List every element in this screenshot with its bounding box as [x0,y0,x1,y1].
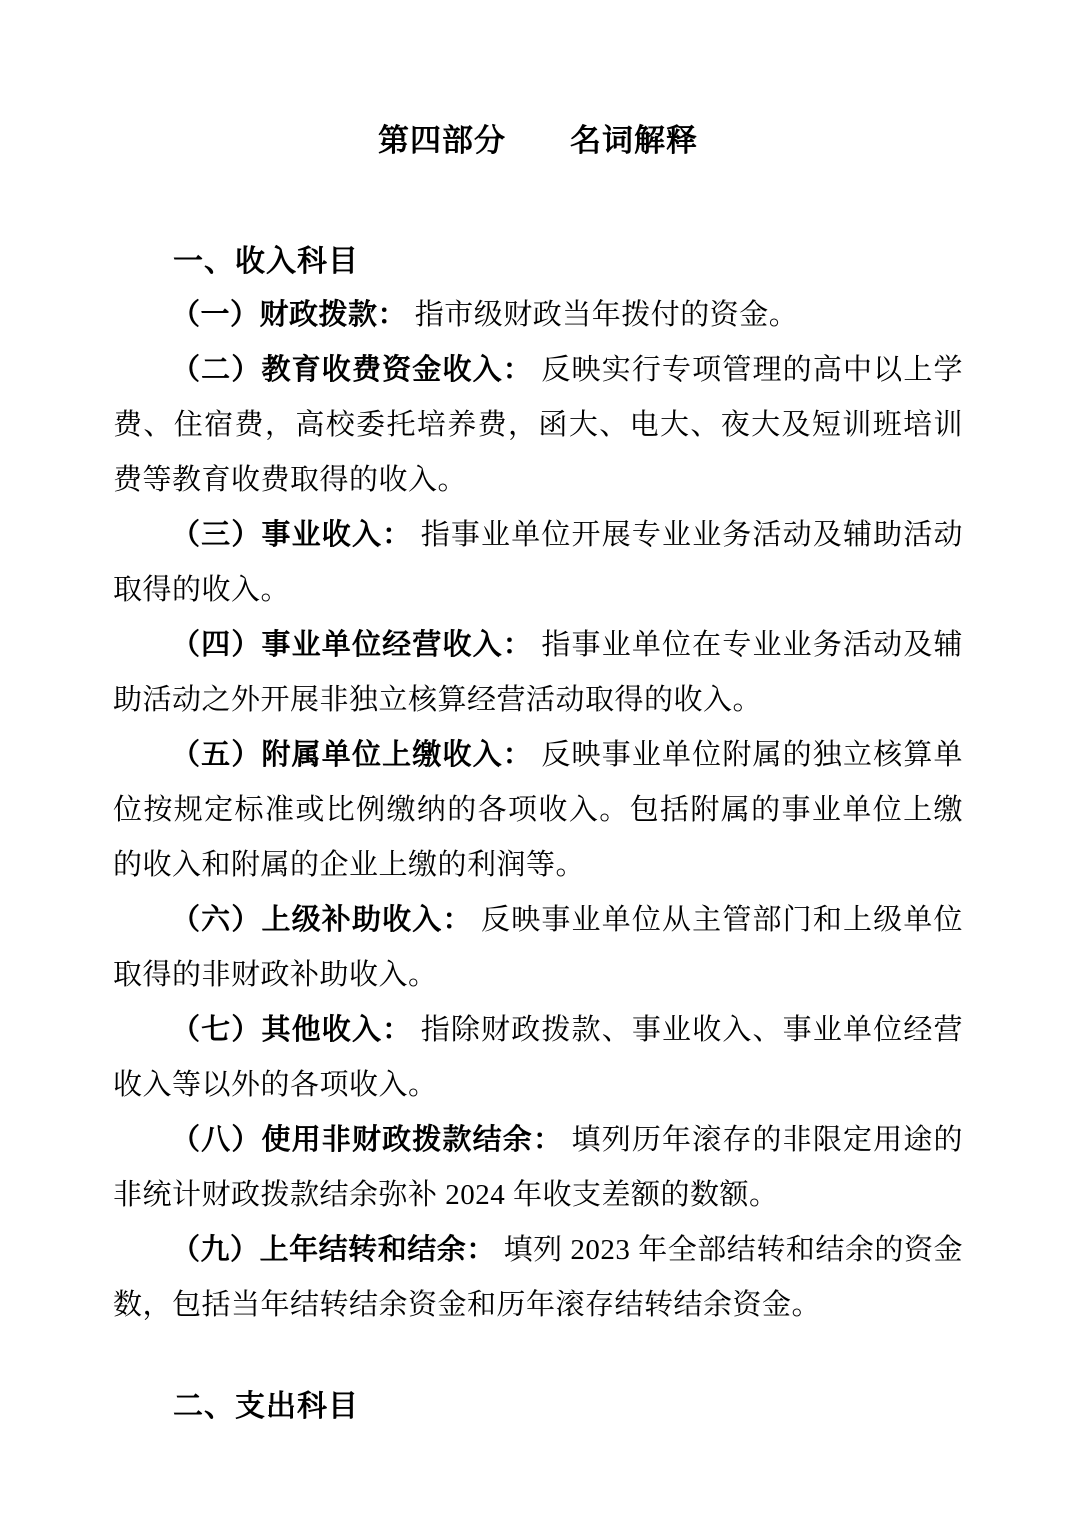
term-item-operating-income: （四）事业单位经营收入：指事业单位在专业业务活动及辅助活动之外开展非独立核算经营… [113,618,963,728]
term-label: （八）使用非财政拨款结余： [171,1124,572,1156]
term-label: （二）教育收费资金收入： [171,354,541,386]
term-label: （四）事业单位经营收入： [171,629,541,661]
income-terms-list: （一）财政拨款：指市级财政当年拨付的资金。 （二）教育收费资金收入：反映实行专项… [113,288,963,1333]
page-title: 第四部分 名词解释 [113,118,963,164]
term-definition: 指市级财政当年拨付的资金。 [415,299,799,331]
term-item-institution-income: （三）事业收入：指事业单位开展专业业务活动及辅助活动取得的收入。 [113,508,963,618]
term-label: （九）上年结转和结余： [171,1234,504,1266]
term-item-other-income: （七）其他收入：指除财政拨款、事业收入、事业单位经营收入等以外的各项收入。 [113,1003,963,1113]
term-item-fiscal-appropriation: （一）财政拨款：指市级财政当年拨付的资金。 [113,288,963,343]
term-item-affiliated-unit-income: （五）附属单位上缴收入：反映事业单位附属的独立核算单位按规定标准或比例缴纳的各项… [113,728,963,893]
section-heading-income: 一、收入科目 [173,240,963,284]
term-item-prior-year-carryover: （九）上年结转和结余：填列 2023 年全部结转和结余的资金数，包括当年结转结余… [113,1223,963,1333]
term-label: （五）附属单位上缴收入： [171,739,541,771]
section-heading-expenditure: 二、支出科目 [173,1385,963,1429]
term-label: （三）事业收入： [171,519,421,551]
term-label: （六）上级补助收入： [171,904,481,936]
term-item-superior-subsidy-income: （六）上级补助收入：反映事业单位从主管部门和上级单位取得的非财政补助收入。 [113,893,963,1003]
term-label: （七）其他收入： [171,1014,421,1046]
document-page: 第四部分 名词解释 一、收入科目 （一）财政拨款：指市级财政当年拨付的资金。 （… [0,0,1074,1520]
term-item-education-fee-income: （二）教育收费资金收入：反映实行专项管理的高中以上学费、住宿费，高校委托培养费，… [113,343,963,508]
term-label: （一）财政拨款： [171,299,415,331]
term-item-non-fiscal-balance: （八）使用非财政拨款结余：填列历年滚存的非限定用途的非统计财政拨款结余弥补 20… [113,1113,963,1223]
